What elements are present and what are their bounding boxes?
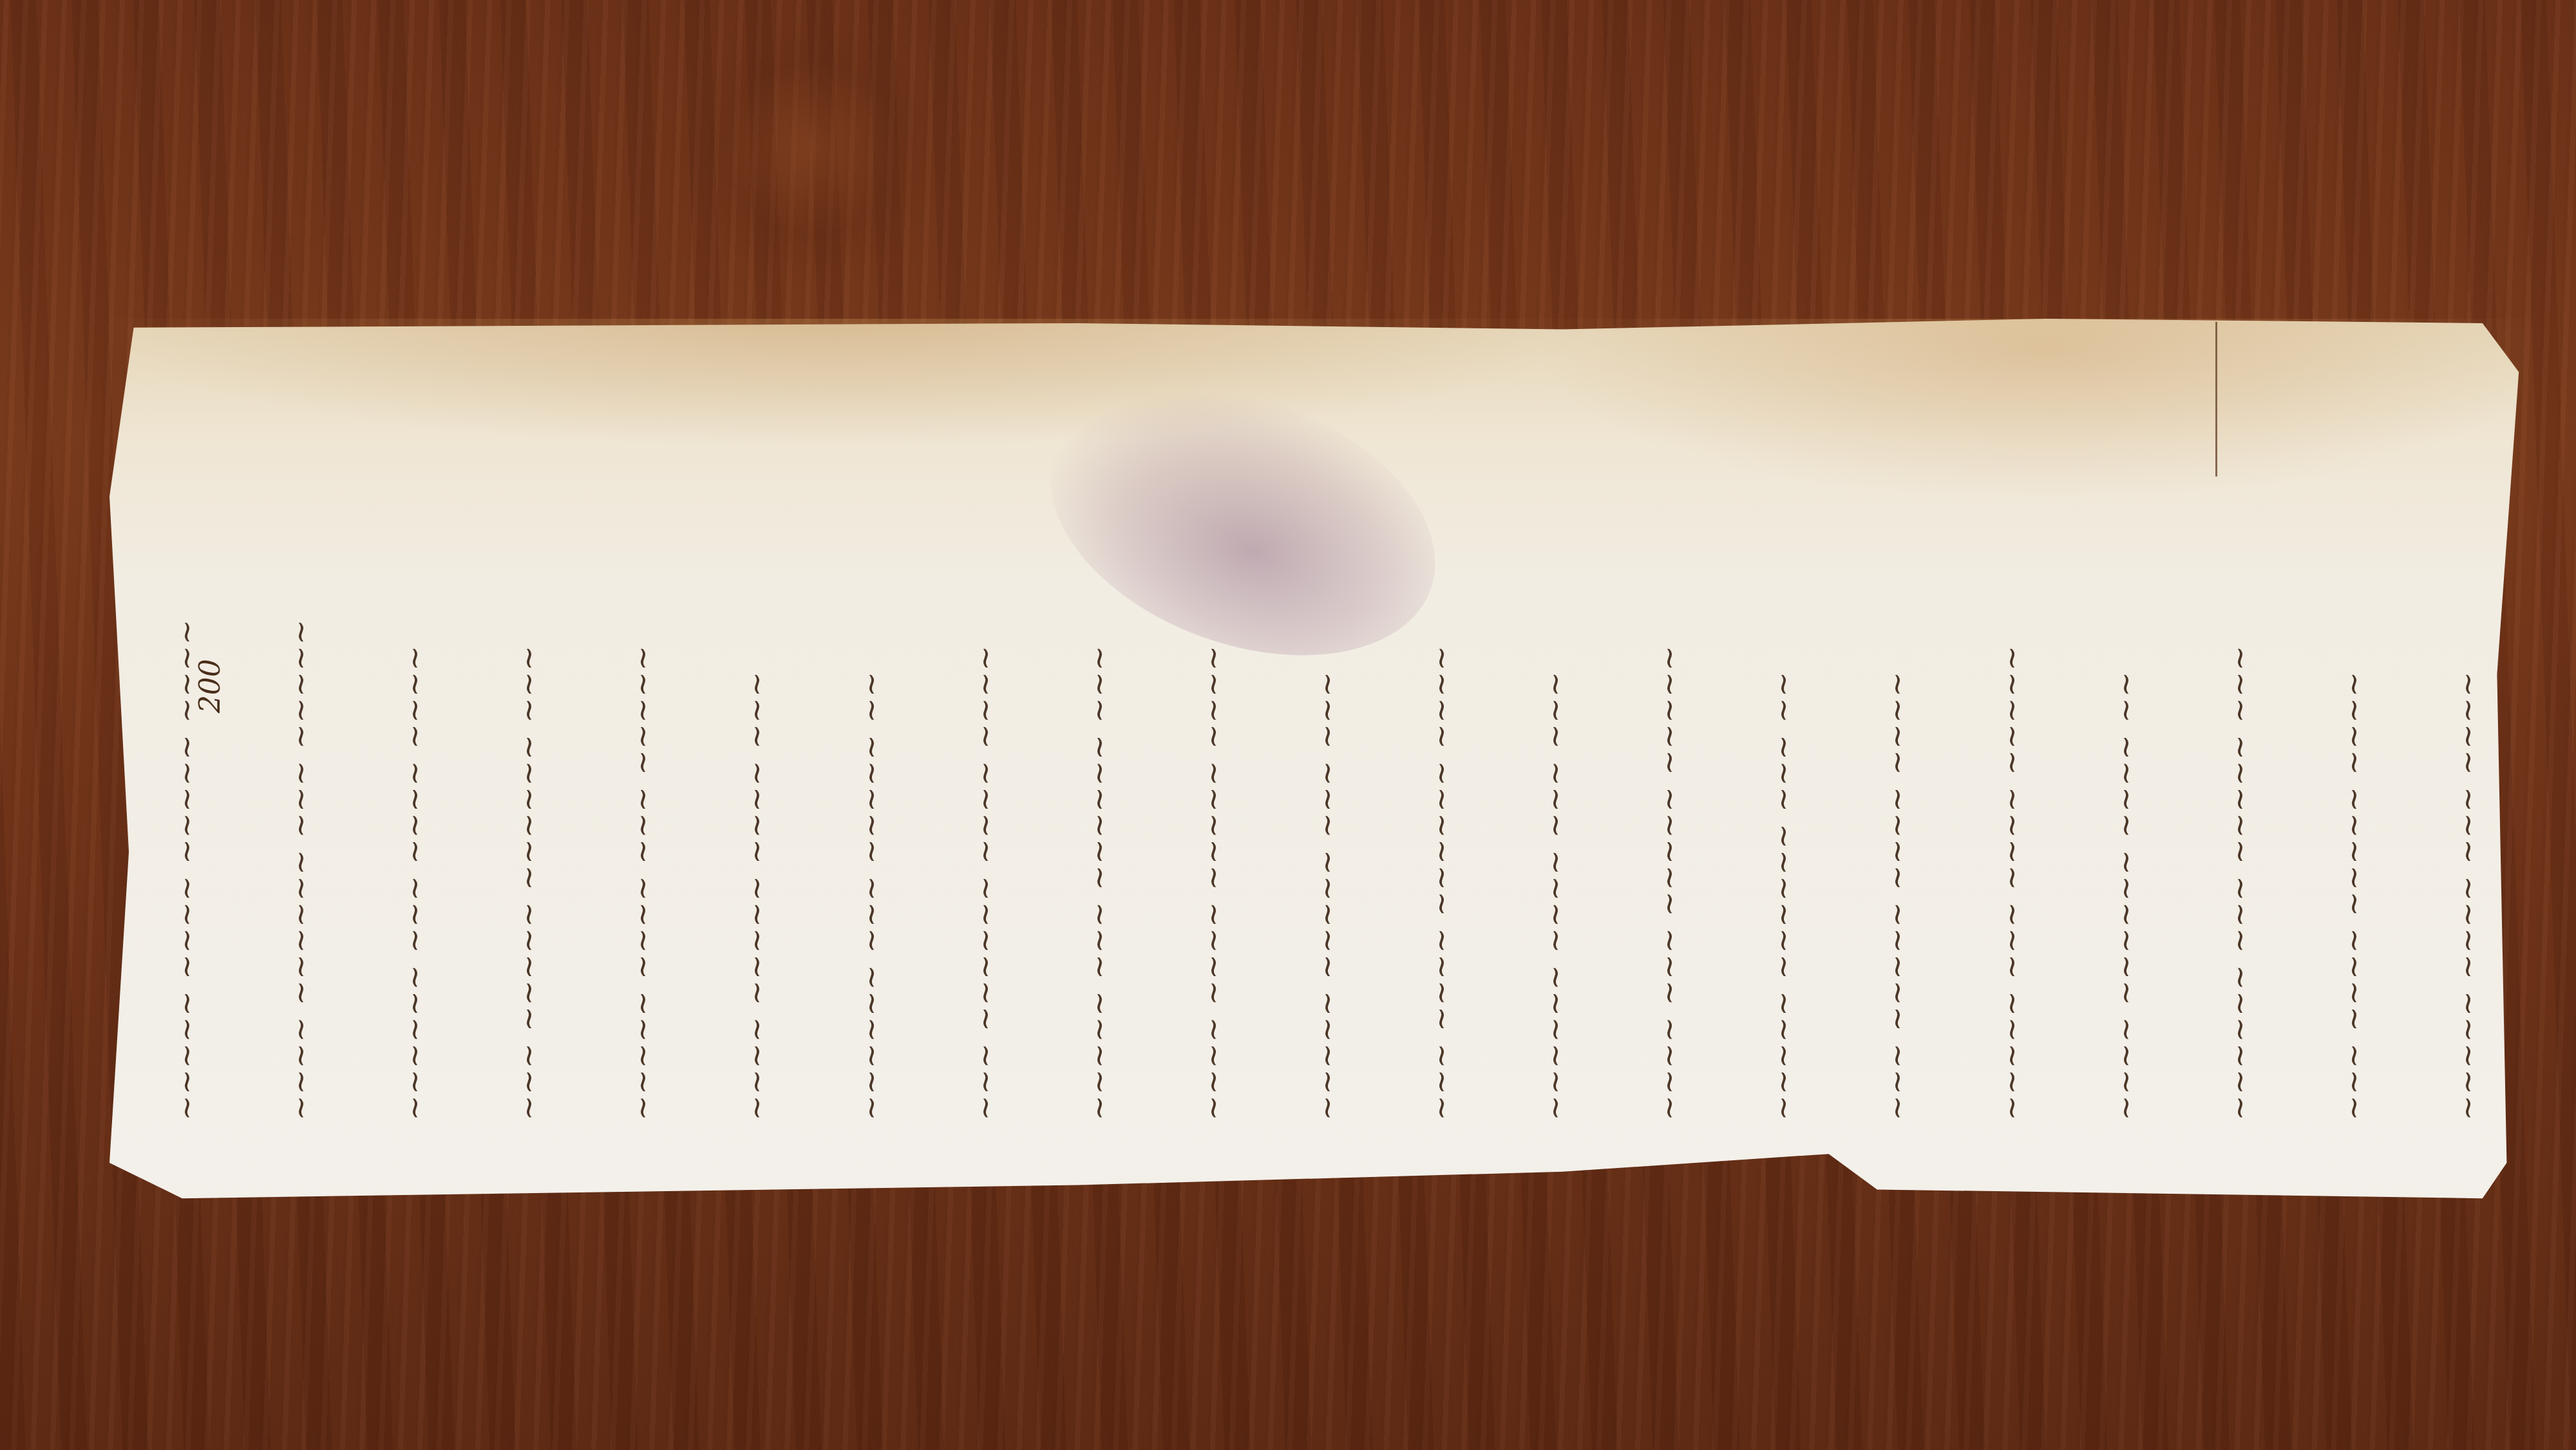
text-line: ~~~~~~ ~~~~ ~~~ ~~~ xyxy=(1536,476,1573,1120)
text-line: ~~~~~ ~~~~ ~~~~~ ~~~~ xyxy=(167,476,205,1120)
text-line: ~~~~ ~~~~~ ~~~~ ~~~ xyxy=(737,476,775,1120)
text-line: ~~~~ ~~~ ~~~~~ ~~~~~ xyxy=(1650,476,1687,1120)
text-line: ~~~~~ ~~~~ ~~~ ~~~~ xyxy=(2448,476,2486,1120)
text-line: ~~~ ~~~~ ~~~~~~ ~~~~ xyxy=(1422,476,1459,1120)
handwritten-text: ~~~~~ ~~~~ ~~~~~ ~~~~ ~~~~ ~~~~~~ ~~~ ~~… xyxy=(167,476,2486,1172)
text-line: ~~~~ ~~~~~~ ~~~~ ~~ xyxy=(2107,476,2144,1120)
text-line: ~~~~ ~~~~~~ ~~~ ~~~~~ xyxy=(281,476,319,1120)
text-line: ~~~~~~ ~~~ ~~~~~ ~~~ xyxy=(2221,476,2258,1120)
text-line: ~~~~~~ ~~~ ~~~~ ~~~~ xyxy=(395,476,433,1120)
text-line: ~~~~~ ~~~~~ ~~~ ~~~ xyxy=(1308,476,1345,1120)
text-line: ~~~ ~~~~~~ ~~~~ ~~~~ xyxy=(966,476,1003,1120)
text-line: ~~~~~ ~~~ ~~~~ ~~~~~ xyxy=(1993,476,2030,1120)
text-line: ~~~ ~~~~~ ~~~~ ~~~~ xyxy=(1878,476,1915,1120)
text-line: ~~~~~~ ~~~ ~~~~~ ~~ xyxy=(852,476,889,1120)
margin-rule xyxy=(2215,322,2217,476)
text-line: ~~~~~ ~~~~ ~~~ ~~~~~ xyxy=(623,476,661,1120)
text-line: ~~~~~ ~~~~~~ ~~~ ~~ xyxy=(1764,476,1801,1120)
wood-grain-knot xyxy=(676,13,947,283)
text-line: ~~~ ~~~~ ~~~~~ ~~~~ xyxy=(2334,476,2372,1120)
text-line: ~~~~~ ~~~ ~~~~~~ ~~~ xyxy=(1080,476,1117,1120)
text-line: ~~~~ ~~~~ ~~~~~ ~~~~ xyxy=(1194,476,1231,1120)
text-line: ~~~ ~~~~~ ~~~~~~ ~~~ xyxy=(509,476,547,1120)
